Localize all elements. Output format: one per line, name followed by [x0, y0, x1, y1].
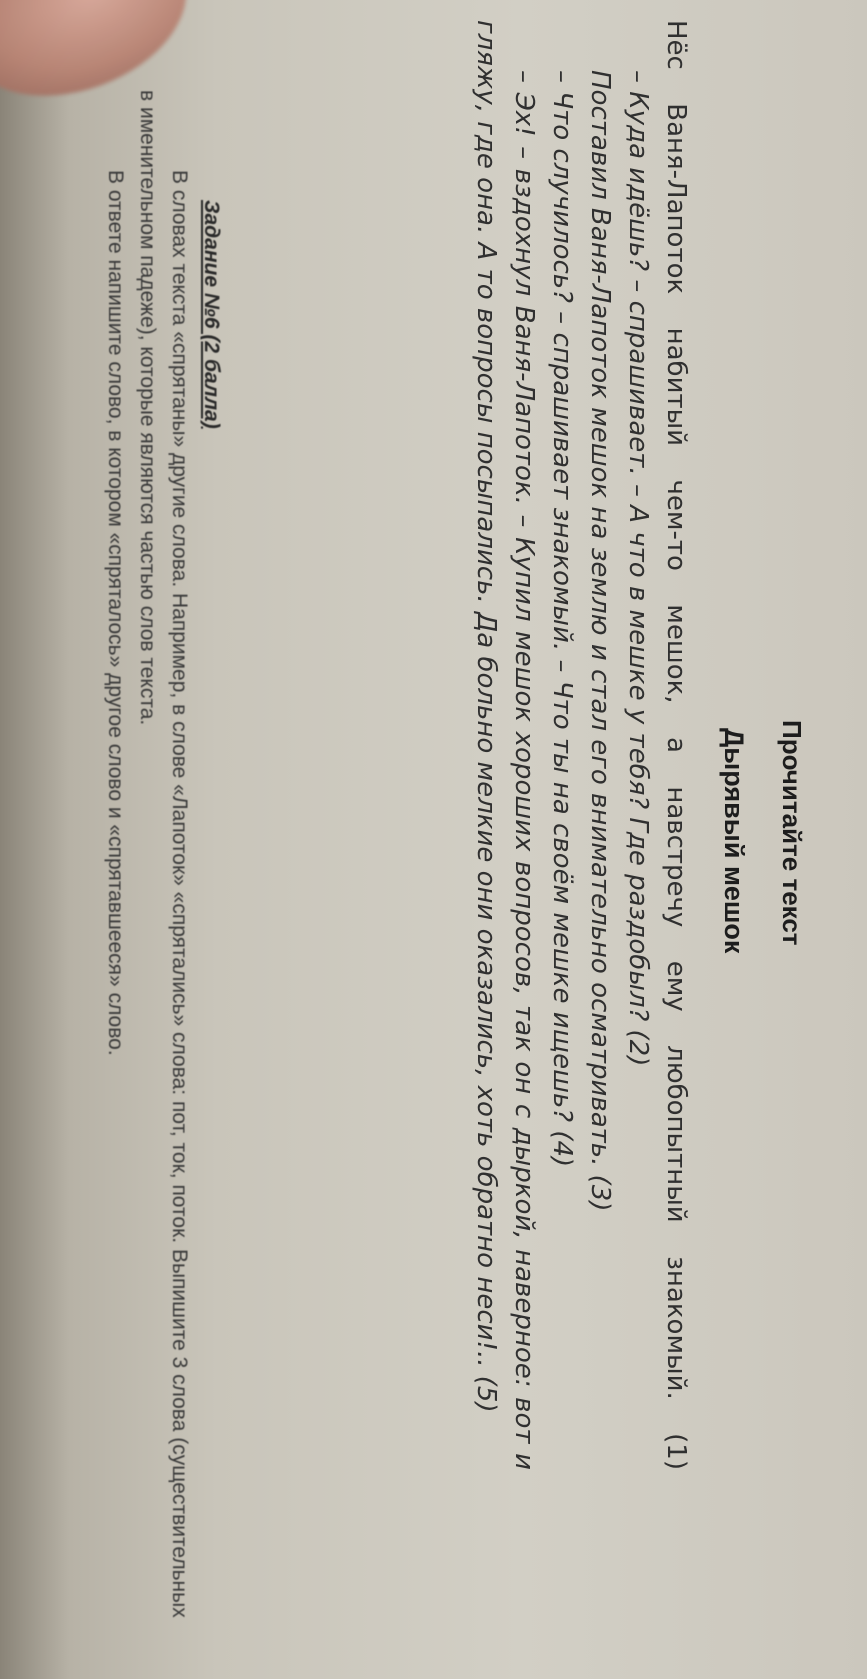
story-sentence-4: – Что случилось? – спрашивает знакомый. …	[543, 20, 581, 1470]
story-text: Нёс Ваня-Лапоток набитый чем-то мешок, а…	[467, 20, 695, 1470]
textbook-page: Прочитайте текст Дырявый мешок Нёс Ваня-…	[0, 0, 867, 1679]
instruction-heading: Прочитайте текст	[776, 720, 807, 946]
task-block: Задание №6 (2 балла) В словах текста «сп…	[99, 90, 227, 1630]
task-paragraph-1: В словах текста «спрятаны» другие слова.…	[131, 90, 195, 1630]
story-title: Дырявый мешок	[718, 728, 749, 953]
story-sentence-3: Поставил Ваня-Лапоток мешок на землю и с…	[581, 20, 619, 1470]
story-sentence-2: – Куда идёшь? – спрашивает. – А что в ме…	[619, 20, 657, 1470]
story-sentence-1: Нёс Ваня-Лапоток набитый чем-то мешок, а…	[657, 20, 695, 1470]
task-paragraph-2: В ответе напишите слово, в котором «спря…	[99, 90, 131, 1630]
story-sentence-5: – Эх! – вздохнул Ваня-Лапоток. – Купил м…	[467, 20, 543, 1470]
task-label: Задание №6 (2 балла)	[195, 200, 227, 1630]
